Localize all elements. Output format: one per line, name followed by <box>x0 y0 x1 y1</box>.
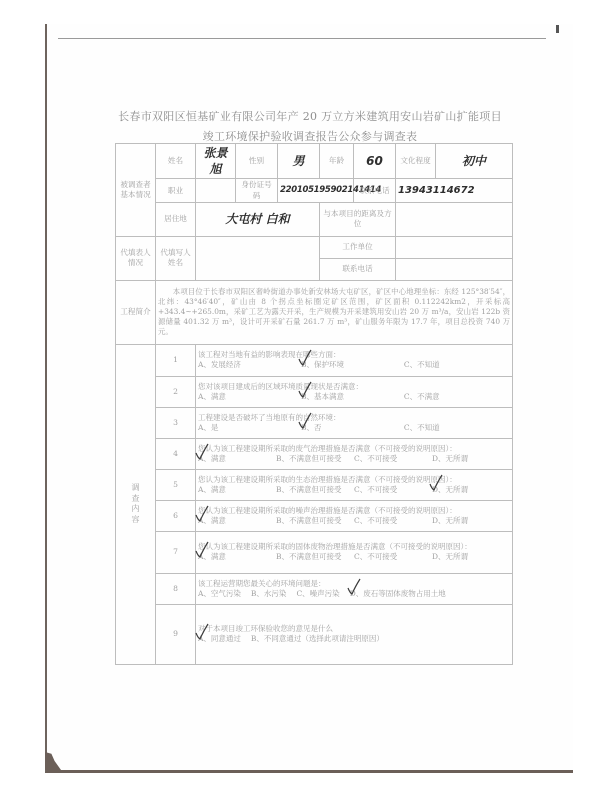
question-row: 5您认为该工程建设期所采取的生态治理措施是否满意（不可接受的说明原因）：A、满意… <box>116 469 513 500</box>
answer-option[interactable]: D、废石等固体废物占用土地 <box>350 589 446 599</box>
answer-option[interactable]: D、无所谓 <box>432 454 510 464</box>
proxy-name-label: 代填写人姓名 <box>156 236 196 280</box>
distance-label: 与本项目的距离及方位 <box>320 202 396 236</box>
question-text: 您对该项目建成后的区域环境质量现状是否满意： <box>198 382 510 392</box>
proxy-employer-label: 工作单位 <box>320 236 396 258</box>
document-subtitle: 竣工环境保护验收调查报告公众参与调查表 <box>100 128 520 144</box>
project-row: 工程简介 本项目位于长春市双阳区奢岭街道办事处新安林场大屯矿区，矿区中心地理坐标… <box>116 280 513 344</box>
answer-option[interactable]: A、空气污染 <box>198 589 241 599</box>
question-row: 7您认为该工程建设期所采取的固体废物治理措施是否满意（不可接受的说明原因）：A、… <box>116 531 513 573</box>
answer-options: A、空气污染B、水污染C、噪声污染D、废石等固体废物占用土地 <box>198 589 510 599</box>
answer-option[interactable]: A、满意 <box>198 552 276 562</box>
age-label: 年龄 <box>320 144 354 179</box>
answer-option[interactable]: B、否 <box>301 423 404 433</box>
distance-field[interactable] <box>396 202 513 236</box>
question-cell: 您认为该工程建设期所采取的生态治理措施是否满意（不可接受的说明原因）：A、满意B… <box>196 469 513 500</box>
answer-option[interactable]: B、不满意但可接受 <box>276 516 354 526</box>
question-cell: 您认为该工程建设期所采取的废气治理措施是否满意（不可接受的说明原因）：A、满意B… <box>196 438 513 469</box>
question-row: 3工程建设是否破坏了当地原有的自然环境：A、是B、否C、不知道 <box>116 407 513 438</box>
answer-option[interactable]: B、不同意通过（选择此项请注明原因） <box>251 634 384 644</box>
checkmark-icon <box>195 446 209 460</box>
answer-option[interactable]: A、满意 <box>198 454 276 464</box>
respondent-row-1: 被调查者基本情况 姓名 张景旭 性别 男 年龄 60 文化程度 初中 <box>116 144 513 179</box>
name-label: 姓名 <box>156 144 196 179</box>
proxy-row-1: 代填表人情况 代填写人姓名 工作单位 <box>116 236 513 258</box>
question-text: 您认为该工程建设期所采取的生态治理措施是否满意（不可接受的说明原因）： <box>198 475 510 485</box>
checkmark-icon <box>195 508 209 522</box>
answer-option[interactable]: B、不满意但可接受 <box>276 454 354 464</box>
education-label: 文化程度 <box>396 144 436 179</box>
answer-option[interactable]: A、满意 <box>198 485 276 495</box>
education-field[interactable]: 初中 <box>436 144 513 179</box>
question-row: 8该工程运营期您最关心的环境问题是：A、空气污染B、水污染C、噪声污染D、废石等… <box>116 573 513 604</box>
question-cell: 该工程对当地有益的影响表现在哪些方面：A、发展经济B、保护环境C、不知道 <box>196 344 513 376</box>
checkmark-icon <box>298 384 312 398</box>
answer-option[interactable]: A、是 <box>198 423 301 433</box>
question-text: 该工程对当地有益的影响表现在哪些方面： <box>198 350 510 360</box>
phone-label: 联系电话 <box>354 179 396 203</box>
page-top-edge <box>58 38 546 39</box>
proxy-employer-field[interactable] <box>396 236 513 258</box>
respondent-section-label: 被调查者基本情况 <box>116 144 156 237</box>
gender-label: 性别 <box>236 144 278 179</box>
survey-questions: 调查内容1该工程对当地有益的影响表现在哪些方面：A、发展经济B、保护环境C、不知… <box>116 344 513 664</box>
respondent-row-3: 居住地 大屯村 白和 与本项目的距离及方位 <box>116 202 513 236</box>
question-cell: 您认为该工程建设期所采取的固体废物治理措施是否满意（不可接受的说明原因）：A、满… <box>196 531 513 573</box>
question-number: 7 <box>156 531 196 573</box>
question-number: 4 <box>156 438 196 469</box>
answer-option[interactable]: A、发展经济 <box>198 360 301 370</box>
answer-option[interactable]: A、满意 <box>198 516 276 526</box>
occupation-field[interactable] <box>196 179 236 203</box>
checkmark-icon <box>195 626 209 640</box>
question-number: 9 <box>156 604 196 664</box>
question-text: 您认为该工程建设期所采取的废气治理措施是否满意（不可接受的说明原因）： <box>198 444 510 454</box>
checkmark-icon <box>347 581 361 595</box>
answer-option[interactable]: C、不知道 <box>404 423 507 433</box>
respondent-row-2: 职业 身份证号码 220105195902141414 联系电话 1394311… <box>116 179 513 203</box>
scan-edge-mark <box>556 25 559 33</box>
answer-option[interactable]: D、无所谓 <box>432 516 510 526</box>
question-text: 对于本项目竣工环保验收您的意见是什么 <box>198 624 510 634</box>
survey-section-label: 调查内容 <box>116 344 156 664</box>
checkmark-icon <box>429 477 443 491</box>
answer-option[interactable]: C、不知道 <box>404 360 507 370</box>
id-label: 身份证号码 <box>236 179 278 203</box>
residence-field[interactable]: 大屯村 白和 <box>196 202 320 236</box>
survey-form-table: 被调查者基本情况 姓名 张景旭 性别 男 年龄 60 文化程度 初中 职业 身份… <box>115 143 513 665</box>
answer-options: A、满意B、不满意但可接受C、不可接受D、无所谓 <box>198 552 510 562</box>
question-number: 1 <box>156 344 196 376</box>
question-number: 8 <box>156 573 196 604</box>
question-cell: 对于本项目竣工环保验收您的意见是什么A、同意通过B、不同意通过（选择此项请注明原… <box>196 604 513 664</box>
answer-option[interactable]: A、满意 <box>198 392 301 402</box>
question-text: 您认为该工程建设期所采取的固体废物治理措施是否满意（不可接受的说明原因）： <box>198 542 510 552</box>
answer-option[interactable]: B、基本满意 <box>301 392 404 402</box>
residence-label: 居住地 <box>156 202 196 236</box>
answer-option[interactable]: B、不满意但可接受 <box>276 552 354 562</box>
question-row: 2您对该项目建成后的区域环境质量现状是否满意：A、满意B、基本满意C、不满意 <box>116 376 513 407</box>
document-title: 长春市双阳区恒基矿业有限公司年产 20 万立方米建筑用安山岩矿山扩能项目 <box>100 108 520 124</box>
answer-options: A、满意B、基本满意C、不满意 <box>198 392 510 402</box>
question-row: 6您认为该工程建设期所采取的噪声治理措施是否满意（不可接受的说明原因）：A、满意… <box>116 500 513 531</box>
proxy-section-label: 代填表人情况 <box>116 236 156 280</box>
answer-options: A、发展经济B、保护环境C、不知道 <box>198 360 510 370</box>
answer-option[interactable]: C、不可接受 <box>354 454 432 464</box>
question-text: 您认为该工程建设期所采取的噪声治理措施是否满意（不可接受的说明原因）： <box>198 506 510 516</box>
age-field[interactable]: 60 <box>354 144 396 179</box>
question-cell: 该工程运营期您最关心的环境问题是：A、空气污染B、水污染C、噪声污染D、废石等固… <box>196 573 513 604</box>
answer-option[interactable]: B、水污染 <box>251 589 287 599</box>
checkmark-icon <box>298 415 312 429</box>
question-row: 4您认为该工程建设期所采取的废气治理措施是否满意（不可接受的说明原因）：A、满意… <box>116 438 513 469</box>
project-label: 工程简介 <box>116 280 156 344</box>
question-number: 2 <box>156 376 196 407</box>
answer-options: A、同意通过B、不同意通过（选择此项请注明原因） <box>198 634 510 644</box>
answer-options: A、满意B、不满意但可接受C、不可接受D、无所谓 <box>198 516 510 526</box>
question-row: 9对于本项目竣工环保验收您的意见是什么A、同意通过B、不同意通过（选择此项请注明… <box>116 604 513 664</box>
answer-option[interactable]: B、保护环境 <box>301 360 404 370</box>
name-field[interactable]: 张景旭 <box>196 144 236 179</box>
question-row: 调查内容1该工程对当地有益的影响表现在哪些方面：A、发展经济B、保护环境C、不知… <box>116 344 513 376</box>
answer-option[interactable]: A、同意通过 <box>198 634 241 644</box>
question-text: 工程建设是否破坏了当地原有的自然环境： <box>198 413 510 423</box>
question-number: 5 <box>156 469 196 500</box>
checkmark-icon <box>298 352 312 366</box>
proxy-phone-field[interactable] <box>396 258 513 280</box>
occupation-label: 职业 <box>156 179 196 203</box>
answer-option[interactable]: D、无所谓 <box>432 552 510 562</box>
answer-option[interactable]: C、不满意 <box>404 392 507 402</box>
answer-option[interactable]: C、不可接受 <box>354 516 432 526</box>
checkmark-icon <box>195 544 209 558</box>
answer-option[interactable]: C、噪声污染 <box>296 589 339 599</box>
answer-option[interactable]: D、无所谓 <box>432 485 510 495</box>
proxy-name-field[interactable] <box>196 236 320 280</box>
answer-option[interactable]: C、不可接受 <box>354 485 432 495</box>
id-field[interactable]: 220105195902141414 <box>278 179 354 203</box>
question-cell: 工程建设是否破坏了当地原有的自然环境：A、是B、否C、不知道 <box>196 407 513 438</box>
answer-option[interactable]: C、不可接受 <box>354 552 432 562</box>
proxy-phone-label: 联系电话 <box>320 258 396 280</box>
answer-option[interactable]: B、不满意但可接受 <box>276 485 354 495</box>
phone-field[interactable]: 13943114672 <box>396 179 513 203</box>
question-number: 6 <box>156 500 196 531</box>
question-cell: 您认为该工程建设期所采取的噪声治理措施是否满意（不可接受的说明原因）：A、满意B… <box>196 500 513 531</box>
answer-options: A、是B、否C、不知道 <box>198 423 510 433</box>
answer-options: A、满意B、不满意但可接受C、不可接受D、无所谓 <box>198 485 510 495</box>
project-description: 本项目位于长春市双阳区奢岭街道办事处新安林场大屯矿区，矿区中心地理坐标：东经 1… <box>156 280 513 344</box>
question-cell: 您对该项目建成后的区域环境质量现状是否满意：A、满意B、基本满意C、不满意 <box>196 376 513 407</box>
gender-field[interactable]: 男 <box>278 144 320 179</box>
question-number: 3 <box>156 407 196 438</box>
answer-options: A、满意B、不满意但可接受C、不可接受D、无所谓 <box>198 454 510 464</box>
